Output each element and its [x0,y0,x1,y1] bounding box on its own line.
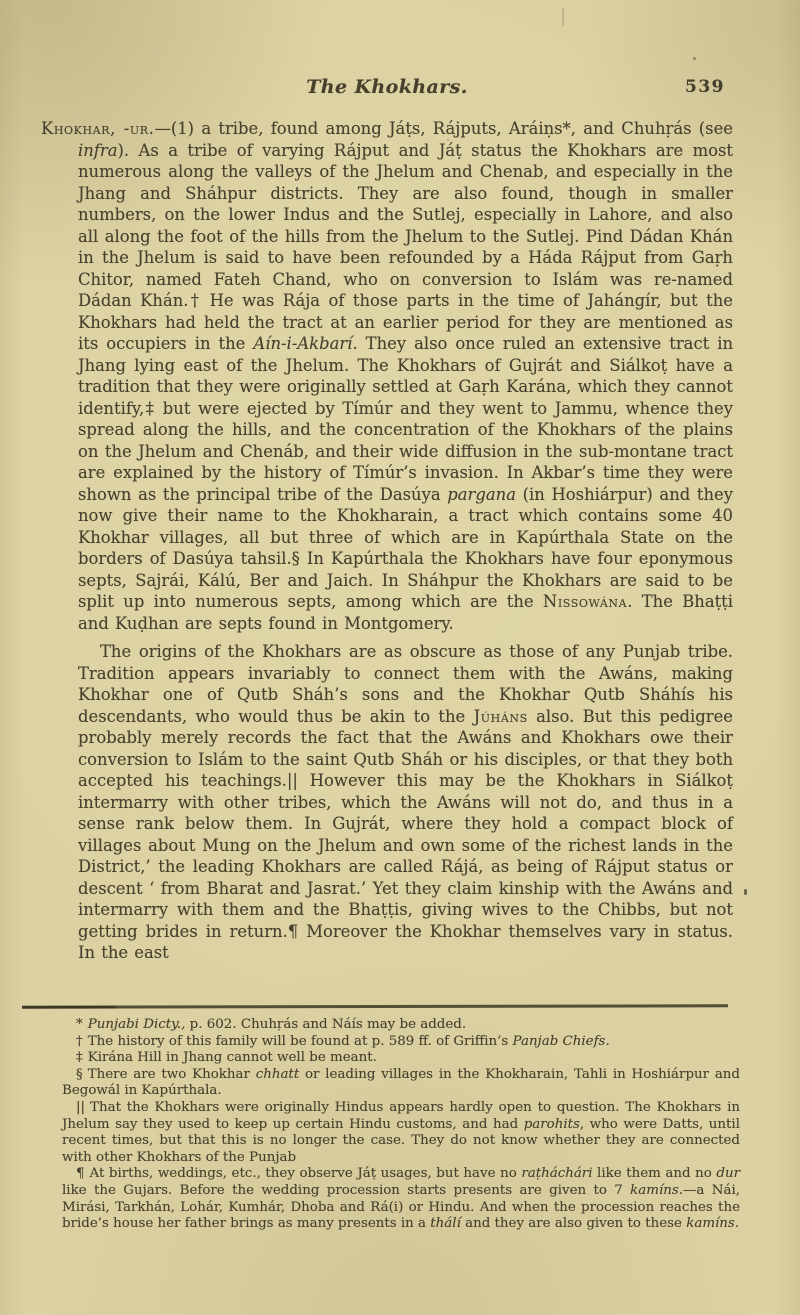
text-run: like them and no [593,1166,717,1181]
text-run: The history of this family will be found… [88,1034,513,1049]
text-run: pargana [447,485,516,504]
text-run: Júháns [474,707,528,726]
footnote-parallel: ||That the Khokhars were originally Hind… [62,1100,740,1166]
text-run: kamíns [630,1183,679,1198]
footnote-dagger: †The history of this family will be foun… [62,1034,740,1051]
footnote-text: That the Khokhars were originally Hindus… [62,1100,740,1165]
footnote-marker: ‡ [76,1050,83,1065]
text-run: dur [716,1166,740,1181]
text-run: ). As a tribe of varying Rájput and Jáṭ … [78,141,733,354]
footnote-text: The history of this family will be found… [88,1034,610,1049]
text-run: Nissowána [543,592,627,611]
book-page: The Khokhars. 539 Khokhar, -ur.—(1) a tr… [0,0,800,1315]
print-speck [562,8,564,26]
footnote-separator-rule [22,1004,728,1008]
text-run: p. 602. Chuhṛás and Náís may be added. [185,1017,466,1032]
text-run: Panjab Chiefs [513,1034,606,1049]
footnote-text: There are two Khokhar chhatt or leading … [62,1067,740,1099]
text-run: Punjabi Dicty., [88,1017,186,1032]
text-run: parohits [524,1117,580,1132]
text-run: thálí [430,1216,461,1231]
text-run: and they are also given to these [461,1216,686,1231]
footnotes: *Punjabi Dicty., p. 602. Chuhṛás and Náí… [62,1017,740,1233]
print-speck [744,889,747,895]
footnote-double-dagger: ‡Kirána Hill in Jhang cannot well be mea… [62,1050,740,1067]
footnote-marker: || [76,1100,85,1115]
text-run: kamíns [686,1216,735,1231]
running-title: The Khokhars. [41,76,733,98]
entry-paragraph-origins: The origins of the Khokhars are as obscu… [41,641,733,964]
footnote-pilcrow: ¶At births, weddings, etc., they observe… [62,1166,740,1232]
footnote-text: Kirána Hill in Jhang cannot well be mean… [88,1050,377,1065]
text-run: —(1) a tribe, found among Jáṭs, Rájputs,… [154,119,733,138]
text-run: . [605,1034,609,1049]
print-speck [447,139,449,141]
text-run: Khokhar, -ur. [41,119,154,138]
text-run: There are two Khokhar [88,1067,256,1082]
footnote-marker: * [76,1017,83,1032]
text-run: At births, weddings, etc., they observe … [90,1166,522,1181]
text-run: . They also once ruled an extensive trac… [78,334,733,504]
text-run: raṭháchári [521,1166,592,1181]
text-run: chhatt [256,1067,300,1082]
text-run: . [735,1216,739,1231]
footnote-asterisk: *Punjabi Dicty., p. 602. Chuhṛás and Náí… [62,1017,740,1034]
text-run: also. But this pedigree probably merely … [78,707,733,963]
text-run: infra [78,141,117,160]
footnote-marker: § [76,1067,83,1082]
page-number: 539 [685,77,725,97]
entry-paragraph-khokhar: Khokhar, -ur.—(1) a tribe, found among J… [41,118,733,634]
text-run: Kirána Hill in Jhang cannot well be mean… [88,1050,377,1065]
footnote-text: Punjabi Dicty., p. 602. Chuhṛás and Náís… [88,1017,466,1032]
text-run: Aín-i-Akbarí [253,334,352,353]
print-speck [693,57,696,60]
footnote-text: At births, weddings, etc., they observe … [62,1166,740,1231]
footnote-marker: † [76,1034,83,1049]
footnote-section: §There are two Khokhar chhatt or leading… [62,1067,740,1100]
entry-body: Khokhar, -ur.—(1) a tribe, found among J… [41,118,733,964]
footnote-marker: ¶ [76,1166,85,1181]
text-run: like the Gujars. Before the wedding proc… [62,1183,630,1198]
page-header: The Khokhars. 539 [41,76,733,102]
